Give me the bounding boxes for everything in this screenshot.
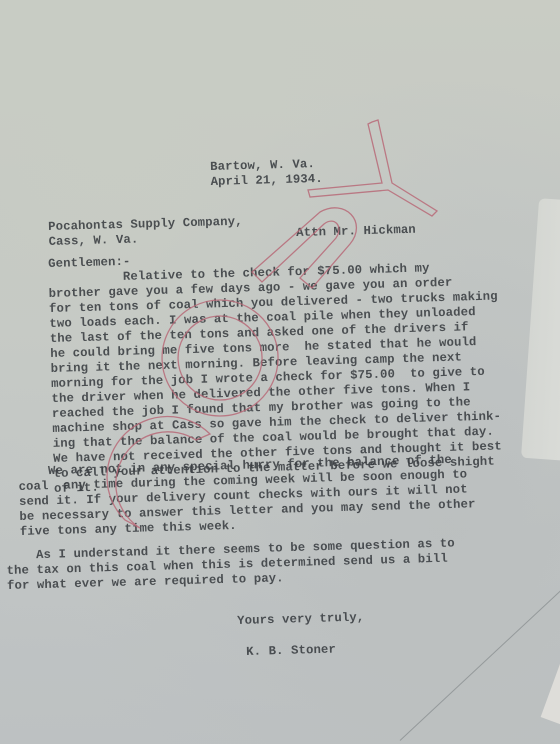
heading-place: Bartow, W. Va. [210, 157, 315, 174]
signature: K. B. Stoner [246, 642, 336, 660]
heading-date: April 21, 1934. [210, 172, 323, 189]
paragraph-2: We are not in any special hurry for the … [18, 452, 476, 540]
recipient-block: Pocahontas Supply Company, Cass, W. Va. [48, 215, 243, 250]
recipient-address: Cass, W. Va. [48, 232, 138, 249]
letter-heading: Bartow, W. Va. April 21, 1934. [210, 157, 323, 190]
